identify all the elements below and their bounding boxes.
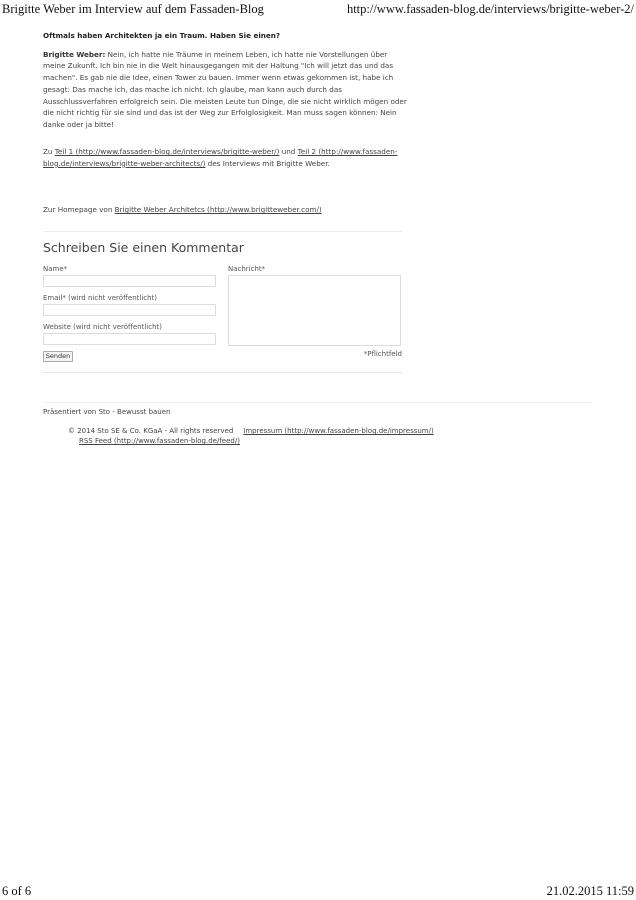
copyright-text: © 2014 Sto SE & Co. KGaA - All rights re… (68, 427, 233, 435)
answer-speaker: Brigitte Weber: (43, 50, 105, 59)
interview-parts-paragraph: Zu Teil 1 (http://www.fassaden-blog.de/i… (43, 146, 403, 169)
print-header-url: http://www.fassaden-blog.de/interviews/b… (347, 2, 634, 17)
homepage-link[interactable]: Brigitte Weber Architetcs (http://www.br… (115, 205, 322, 214)
rss-feed-link[interactable]: RSS Feed (http://www.fassaden-blog.de/fe… (79, 437, 240, 445)
submit-button[interactable]: Senden (43, 351, 73, 362)
message-label: Nachricht* (228, 265, 265, 273)
presented-by: Präsentiert von Sto - Bewusst bauen (43, 408, 170, 416)
answer-text: Nein, ich hatte nie Träume in meinem Leb… (43, 50, 407, 129)
name-input[interactable] (43, 275, 216, 287)
print-footer-datetime: 21.02.2015 11:59 (547, 884, 634, 899)
links-mid: und (279, 147, 297, 156)
email-label: Email* (wird nicht veröffentlicht) (43, 294, 157, 302)
links-prefix: Zu (43, 147, 55, 156)
comment-form: Schreiben Sie einen Kommentar Name* Emai… (43, 231, 402, 373)
email-input[interactable] (43, 304, 216, 316)
message-textarea[interactable] (228, 275, 401, 346)
link-part-1[interactable]: Teil 1 (http://www.fassaden-blog.de/inte… (55, 147, 280, 156)
print-header-title: Brigitte Weber im Interview auf dem Fass… (2, 2, 264, 17)
website-label: Website (wird nicht veröffentlicht) (43, 323, 162, 331)
homepage-prefix: Zur Homepage von (43, 205, 115, 214)
article-body: Oftmals haben Architekten ja ein Traum. … (43, 30, 408, 131)
interview-question: Oftmals haben Architekten ja ein Traum. … (43, 30, 408, 42)
impressum-link[interactable]: Impressum (http://www.fassaden-blog.de/i… (243, 427, 433, 435)
name-label: Name* (43, 265, 67, 273)
homepage-paragraph: Zur Homepage von Brigitte Weber Architet… (43, 204, 403, 216)
website-input[interactable] (43, 333, 216, 345)
comment-form-title: Schreiben Sie einen Kommentar (43, 240, 244, 255)
footer-divider (43, 402, 592, 403)
print-footer-page: 6 of 6 (2, 884, 31, 899)
copyright-line: © 2014 Sto SE & Co. KGaA - All rights re… (68, 426, 434, 436)
rss-line: RSS Feed (http://www.fassaden-blog.de/fe… (79, 436, 240, 446)
links-suffix: des Interviews mit Brigitte Weber. (205, 159, 329, 168)
required-note: *Pflichtfeld (364, 350, 402, 358)
interview-answer: Brigitte Weber: Nein, ich hatte nie Träu… (43, 49, 408, 131)
